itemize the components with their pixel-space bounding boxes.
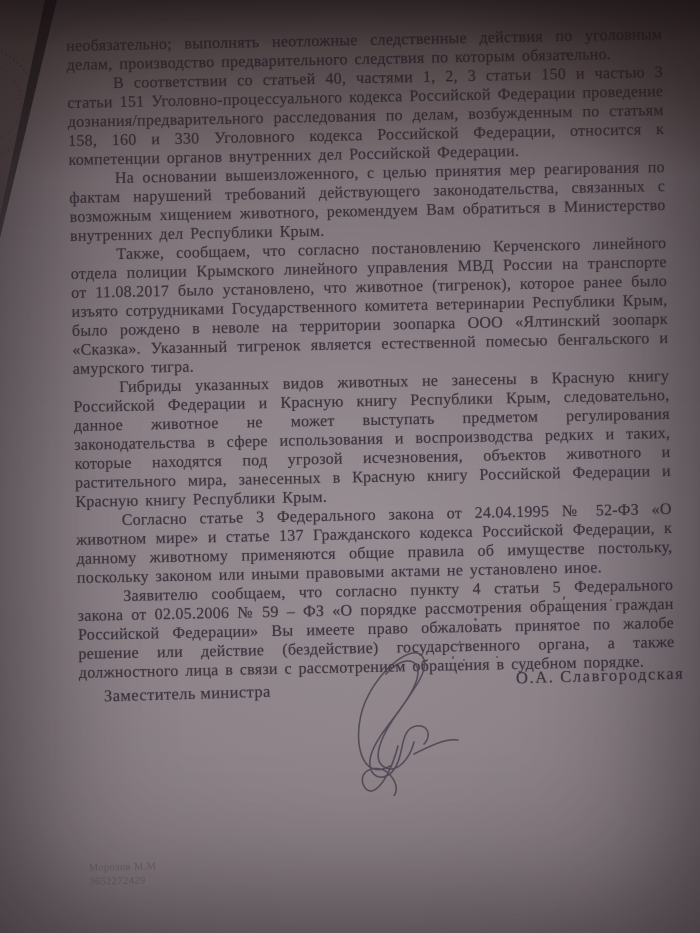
document-photo: необязательно; выполнять неотложные след…: [0, 0, 700, 933]
executor-phone: 3652272429: [89, 874, 157, 889]
dust-speck: [610, 599, 612, 601]
letter-body: необязательно; выполнять неотложные след…: [66, 25, 675, 683]
dust-speck: [459, 641, 461, 643]
dust-speck: [452, 656, 454, 659]
dust-speck: [474, 618, 477, 621]
signature-icon: [328, 636, 503, 796]
signer-name: О.А. Славгородская: [516, 664, 685, 689]
body-paragraph: В соответствии со статьей 40, частями 1,…: [67, 63, 665, 170]
body-paragraph: Гибриды указанных видов животных не зане…: [73, 367, 672, 512]
dust-speck: [463, 659, 465, 661]
dust-speck: [496, 656, 498, 658]
body-paragraph: Также, сообщаем, что согласно постановле…: [70, 234, 669, 379]
body-paragraph: Согласно статье 3 Федерального закона от…: [76, 500, 673, 588]
executor-name: Морозов М.М: [89, 860, 157, 875]
signer-title: Заместитель министра: [104, 682, 271, 707]
executor-note: Морозов М.М 3652272429: [89, 860, 157, 888]
body-paragraph: На основании вышеизложенного, с целью пр…: [69, 158, 666, 246]
